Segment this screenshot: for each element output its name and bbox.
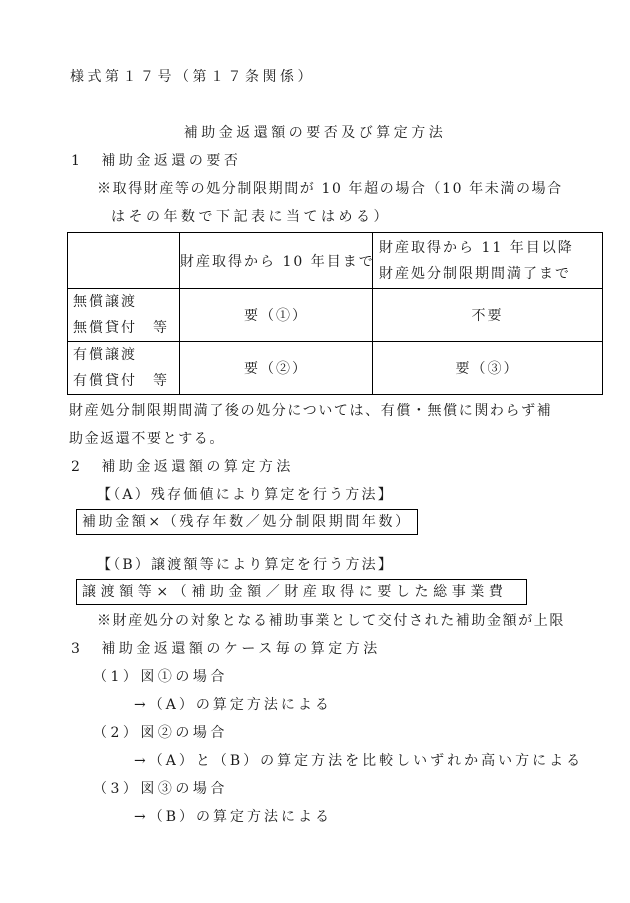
case-3-label: （3）図③の場合 — [0, 775, 630, 803]
formula-a-row: 補助金額×（残存年数／処分制限期間年数） — [0, 509, 630, 537]
row-label-gratuitous: 無償譲渡 無償貸付 等 — [68, 289, 180, 342]
table-row-onerous: 有償譲渡 有償貸付 等 要（②） 要（③） — [68, 342, 603, 395]
document-page: 様式第１７号（第１７条関係） 補助金返還額の要否及び算定方法 1補助金返還の要否… — [0, 0, 630, 903]
formula-b-row: 譲渡額等×（補助金額／財産取得に要した総事業費 — [0, 579, 630, 607]
blank-line — [0, 91, 630, 119]
table-header-after-year11: 財産取得から 11 年目以降 財産処分制限期間満了まで — [373, 233, 603, 289]
cell-gratuitous-after-year11: 不要 — [373, 289, 603, 342]
table-header-row: 財産取得から 10 年目まで 財産取得から 11 年目以降 財産処分制限期間満了… — [68, 233, 603, 289]
cell-onerous-after-year11: 要（③） — [373, 342, 603, 395]
table-header-after-year11-line1: 財産取得から 11 年目以降 — [373, 235, 602, 261]
case-1-result: →（A）の算定方法による — [0, 691, 630, 719]
section1-heading-row: 1補助金返還の要否 — [0, 147, 630, 175]
section3-number: 3 — [71, 641, 83, 657]
closing-paragraph-line-1: 財産処分制限期間満了後の処分については、有償・無償に関わらず補 — [0, 397, 630, 425]
method-a-heading: 【（A）残存価値により算定を行う方法】 — [0, 481, 630, 509]
section3-heading: 補助金返還額のケース毎の算定方法 — [101, 641, 380, 657]
row-label-onerous: 有償譲渡 有償貸付 等 — [68, 342, 180, 395]
method-b-heading: 【（B）譲渡額等により算定を行う方法】 — [0, 551, 630, 579]
section2-heading-row: 2補助金返還額の算定方法 — [0, 453, 630, 481]
section2-heading: 補助金返還額の算定方法 — [101, 459, 294, 475]
section1-number: 1 — [71, 153, 83, 169]
cell-onerous-until-year10: 要（②） — [180, 342, 373, 395]
section1-note-line-1: ※取得財産等の処分制限期間が 10 年超の場合（10 年未満の場合 — [0, 175, 630, 203]
table-row-gratuitous: 無償譲渡 無償貸付 等 要（①） 不要 — [68, 289, 603, 342]
form-number: 様式第１７号（第１７条関係） — [0, 63, 630, 91]
case-1-label: （1）図①の場合 — [0, 663, 630, 691]
section2-note: ※財産処分の対象となる補助事業として交付された補助金額が上限 — [0, 607, 630, 635]
case-2-result: →（A）と（B）の算定方法を比較しいずれか高い方による — [0, 747, 630, 775]
formula-b-box: 譲渡額等×（補助金額／財産取得に要した総事業費 — [76, 579, 527, 605]
blank-gap — [0, 537, 630, 551]
section1-heading: 補助金返還の要否 — [101, 153, 241, 169]
table-header-empty-cell — [68, 233, 180, 289]
case-2-label: （2）図②の場合 — [0, 719, 630, 747]
closing-paragraph-line-2: 助金返還不要とする。 — [0, 425, 630, 453]
cell-gratuitous-until-year10: 要（①） — [180, 289, 373, 342]
document-title: 補助金返還額の要否及び算定方法 — [0, 119, 630, 147]
disposal-period-table: 財産取得から 10 年目まで 財産取得から 11 年目以降 財産処分制限期間満了… — [67, 232, 603, 395]
section2-number: 2 — [71, 459, 83, 475]
section3-heading-row: 3補助金返還額のケース毎の算定方法 — [0, 635, 630, 663]
table-header-after-year11-line2: 財産処分制限期間満了まで — [373, 261, 602, 287]
case-3-result: →（B）の算定方法による — [0, 803, 630, 831]
table-header-until-year10: 財産取得から 10 年目まで — [180, 233, 373, 289]
section1-note-line-2: はその年数で下記表に当てはめる） — [0, 203, 630, 231]
formula-a-box: 補助金額×（残存年数／処分制限期間年数） — [76, 509, 418, 535]
